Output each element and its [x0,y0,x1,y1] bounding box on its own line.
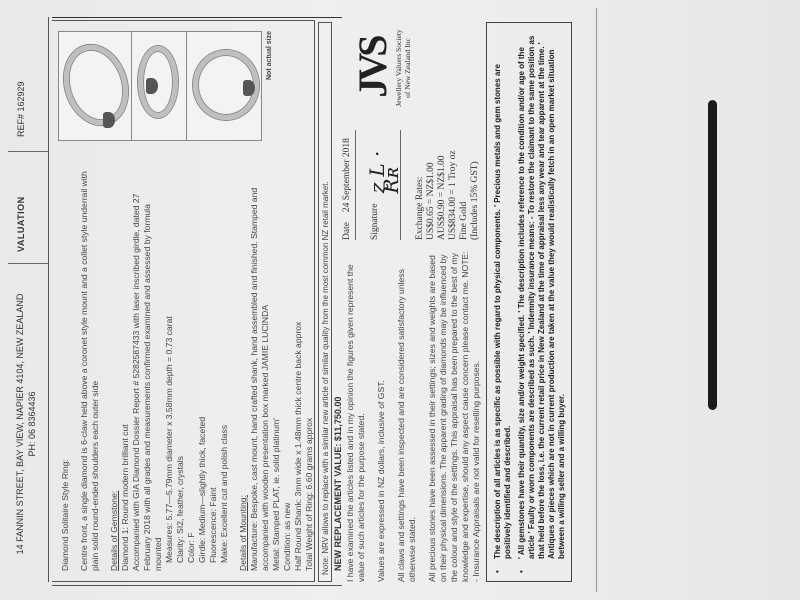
ring-photo-top [132,31,187,141]
exchange-rate: Fine Gold [459,130,470,240]
exchange-heading: Exchange Rates: [415,130,426,240]
signature-row: Signature ɀ L · Rʀ [370,130,401,240]
document-header: 14 FANNIN STREET, BAY VIEW, NAPIER 4104,… [8,17,49,582]
jvs-diamond-logo-icon: JVS [352,22,394,114]
gemstone-section: Details of Gemstone: Diamond 1: Round mo… [109,171,230,571]
gemstone-line: Diamond 1: Round modern brilliant cut [120,171,131,571]
address-line: 14 FANNIN STREET, BAY VIEW, NAPIER 4104,… [14,274,26,574]
ring-photos: Not actual size [58,31,275,141]
gemstone-spec: Girdle: Medium—slightly thick, faceted [197,171,208,571]
valuer-statements: I have examined the articles listed and … [345,247,491,582]
mounting-line: Manufacture: Bespoke, cast mount, hand c… [249,171,271,571]
item-description-box: Diamond Solitaire Style Ring: Centre fro… [52,20,315,582]
statement: All precious stones have been assessed i… [427,247,482,582]
exchange-rate: (Includes 15% GST) [470,130,481,240]
mounting-heading: Details of Mounting: [238,171,249,571]
border-line [52,17,342,18]
ring-photo-side [58,31,132,141]
disclaimer-box: The description of all articles is as sp… [486,22,572,582]
replacement-value-label: NEW REPLACEMENT VALUE: [333,444,343,571]
exchange-rate: US$834.00 = 1 Troy oz [448,130,459,240]
photo-caption: Not actual size [264,31,275,141]
border-line [52,585,342,586]
disclaimer-item: ' All gemstones have their quantity, siz… [517,33,567,559]
signature-label: Signature [370,204,398,240]
org-name: of New Zealand Inc [403,22,412,114]
statement: I have examined the articles listed and … [345,247,367,582]
mounting-section: Details of Mounting: Manufacture: Bespok… [238,171,315,571]
valuation-label: VALUATION [16,196,26,252]
mounting-line: Total Weight of Ring: 6.60 grams approx [304,171,315,571]
mounting-line: Condition: as new [282,171,293,571]
reference-number: REF# 162929 [16,81,26,137]
mounting-line: Half Round Shank: 3mm wide x 1.48mm thic… [293,171,304,571]
item-summary: Centre front, a single diamond is 6-claw… [79,171,101,571]
gemstone-line: Accompanied with GIA Diamond Dossier Rep… [131,171,153,571]
org-name: Jewellery Valuers Society [394,22,403,114]
disclaimer-item: The description of all articles is as sp… [493,33,513,559]
document-page: 14 FANNIN STREET, BAY VIEW, NAPIER 4104,… [0,0,800,600]
pen-object [708,100,717,410]
header-divider [8,151,48,152]
date-value: 24 September 2018 [342,138,353,212]
gemstone-spec: Color: F [186,171,197,571]
exchange-rate: AUS$0.90 = NZ$1.00 [437,130,448,240]
gemstone-line: mounted [153,171,164,571]
replacement-value-amount: $11,750.00 [333,397,343,442]
business-address: 14 FANNIN STREET, BAY VIEW, NAPIER 4104,… [14,274,38,574]
ring-photo-front [187,31,262,141]
signature-block: Date 24 September 2018 Signature ɀ L · R… [342,130,481,240]
paper-edge [596,8,597,592]
gemstone-spec: Measures: 5.77—5.79mm diameter x 3.58mm … [164,171,175,571]
gemstone-spec: Fluorescence: Faint [208,171,219,571]
gemstone-spec: Make: Excellent cut and polish class [219,171,230,571]
phone-number: PH: 06 8364436 [26,274,38,574]
gemstone-heading: Details of Gemstone: [109,171,120,571]
date-row: Date 24 September 2018 [342,130,356,240]
item-title: Diamond Solitaire Style Ring: [60,171,71,571]
handwritten-signature: ɀ L · Rʀ [370,130,398,194]
header-divider [8,263,48,264]
date-label: Date [342,222,353,240]
exchange-rate: US$0.65 = NZ$1.00 [426,130,437,240]
gemstone-spec: Clarity: SI2, feather, crystals [175,171,186,571]
mounting-line: Metal: Stamped PLAT, ie. solid platinum' [271,171,282,571]
valuation-document: 14 FANNIN STREET, BAY VIEW, NAPIER 4104,… [0,0,800,600]
statement: All claws and settings have been inspect… [396,247,418,582]
nrv-note: Note: NRV allows to replace with a simil… [318,22,332,582]
jvs-logo: JVS Jewellery Valuers Society of New Zea… [352,22,412,114]
statement: Values are expressed in NZ dollars, incl… [376,247,387,582]
